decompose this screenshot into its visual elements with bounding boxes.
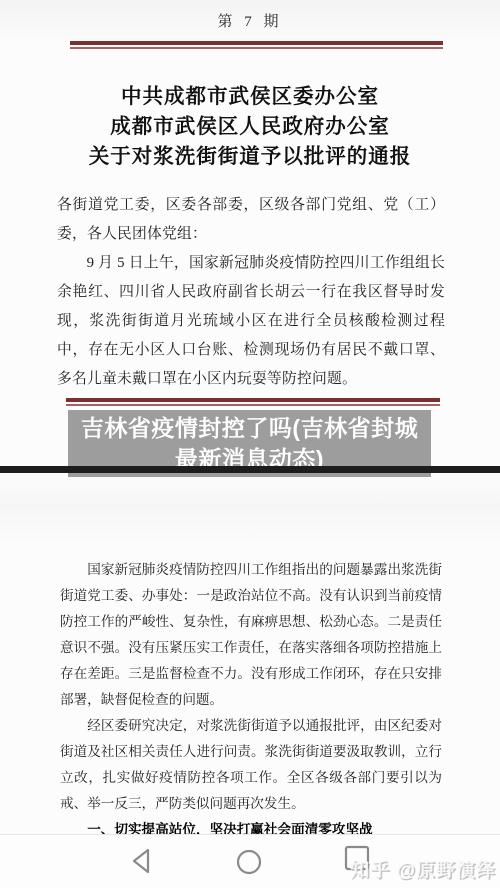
watermark-text: 知乎 @原野演绎: [350, 855, 496, 882]
body-paragraph-3: 经区委研究决定，对浆洗街街道予以通报批评，由区纪委对街道及社区相关责任人进行问责…: [60, 713, 442, 817]
salutation-text: 各街道党工委，区委各部委，区级各部门党组、党（工）委，各人民团体党组：: [57, 191, 445, 249]
red-rule-thin-line: [66, 404, 440, 406]
screenshot-frame: 第 7 期 中共成都市武侯区委办公室 成都市武侯区人民政府办公室 关于对浆洗街街…: [0, 0, 500, 888]
home-button[interactable]: [234, 847, 264, 877]
red-header-rule-second: [66, 398, 440, 406]
red-header-rule-top: [70, 41, 443, 49]
document-title-line-1: 中共成都市武侯区委办公室: [0, 82, 500, 112]
document-body-part-2: 国家新冠肺炎疫情防控四川工作组指出的问题暴露出浆洗街街道党工委、办事处：一是政治…: [60, 557, 442, 843]
red-rule-thin-line: [70, 47, 443, 49]
body-paragraph-2: 国家新冠肺炎疫情防控四川工作组指出的问题暴露出浆洗街街道党工委、办事处：一是政治…: [60, 557, 442, 713]
document-title-line-2: 成都市武侯区人民政府办公室: [0, 112, 500, 142]
body-paragraph-1: 9 月 5 日上午，国家新冠肺炎疫情防控四川工作组组长余艳红、四川省人民政府副省…: [57, 249, 445, 394]
back-button[interactable]: [127, 846, 157, 876]
android-navigation-bar: 知乎 @原野演绎: [0, 835, 500, 888]
home-circle-icon: [234, 865, 264, 880]
back-triangle-icon: [127, 864, 157, 879]
issue-number-label: 第 7 期: [0, 10, 500, 31]
document-title-line-3: 关于对浆洗街街道予以批评的通报: [0, 142, 500, 172]
black-divider-line: [0, 466, 500, 473]
document-title: 中共成都市武侯区委办公室 成都市武侯区人民政府办公室 关于对浆洗街街道予以批评的…: [0, 82, 500, 172]
document-body-part-1: 各街道党工委，区委各部委，区级各部门党组、党（工）委，各人民团体党组： 9 月 …: [57, 191, 445, 394]
